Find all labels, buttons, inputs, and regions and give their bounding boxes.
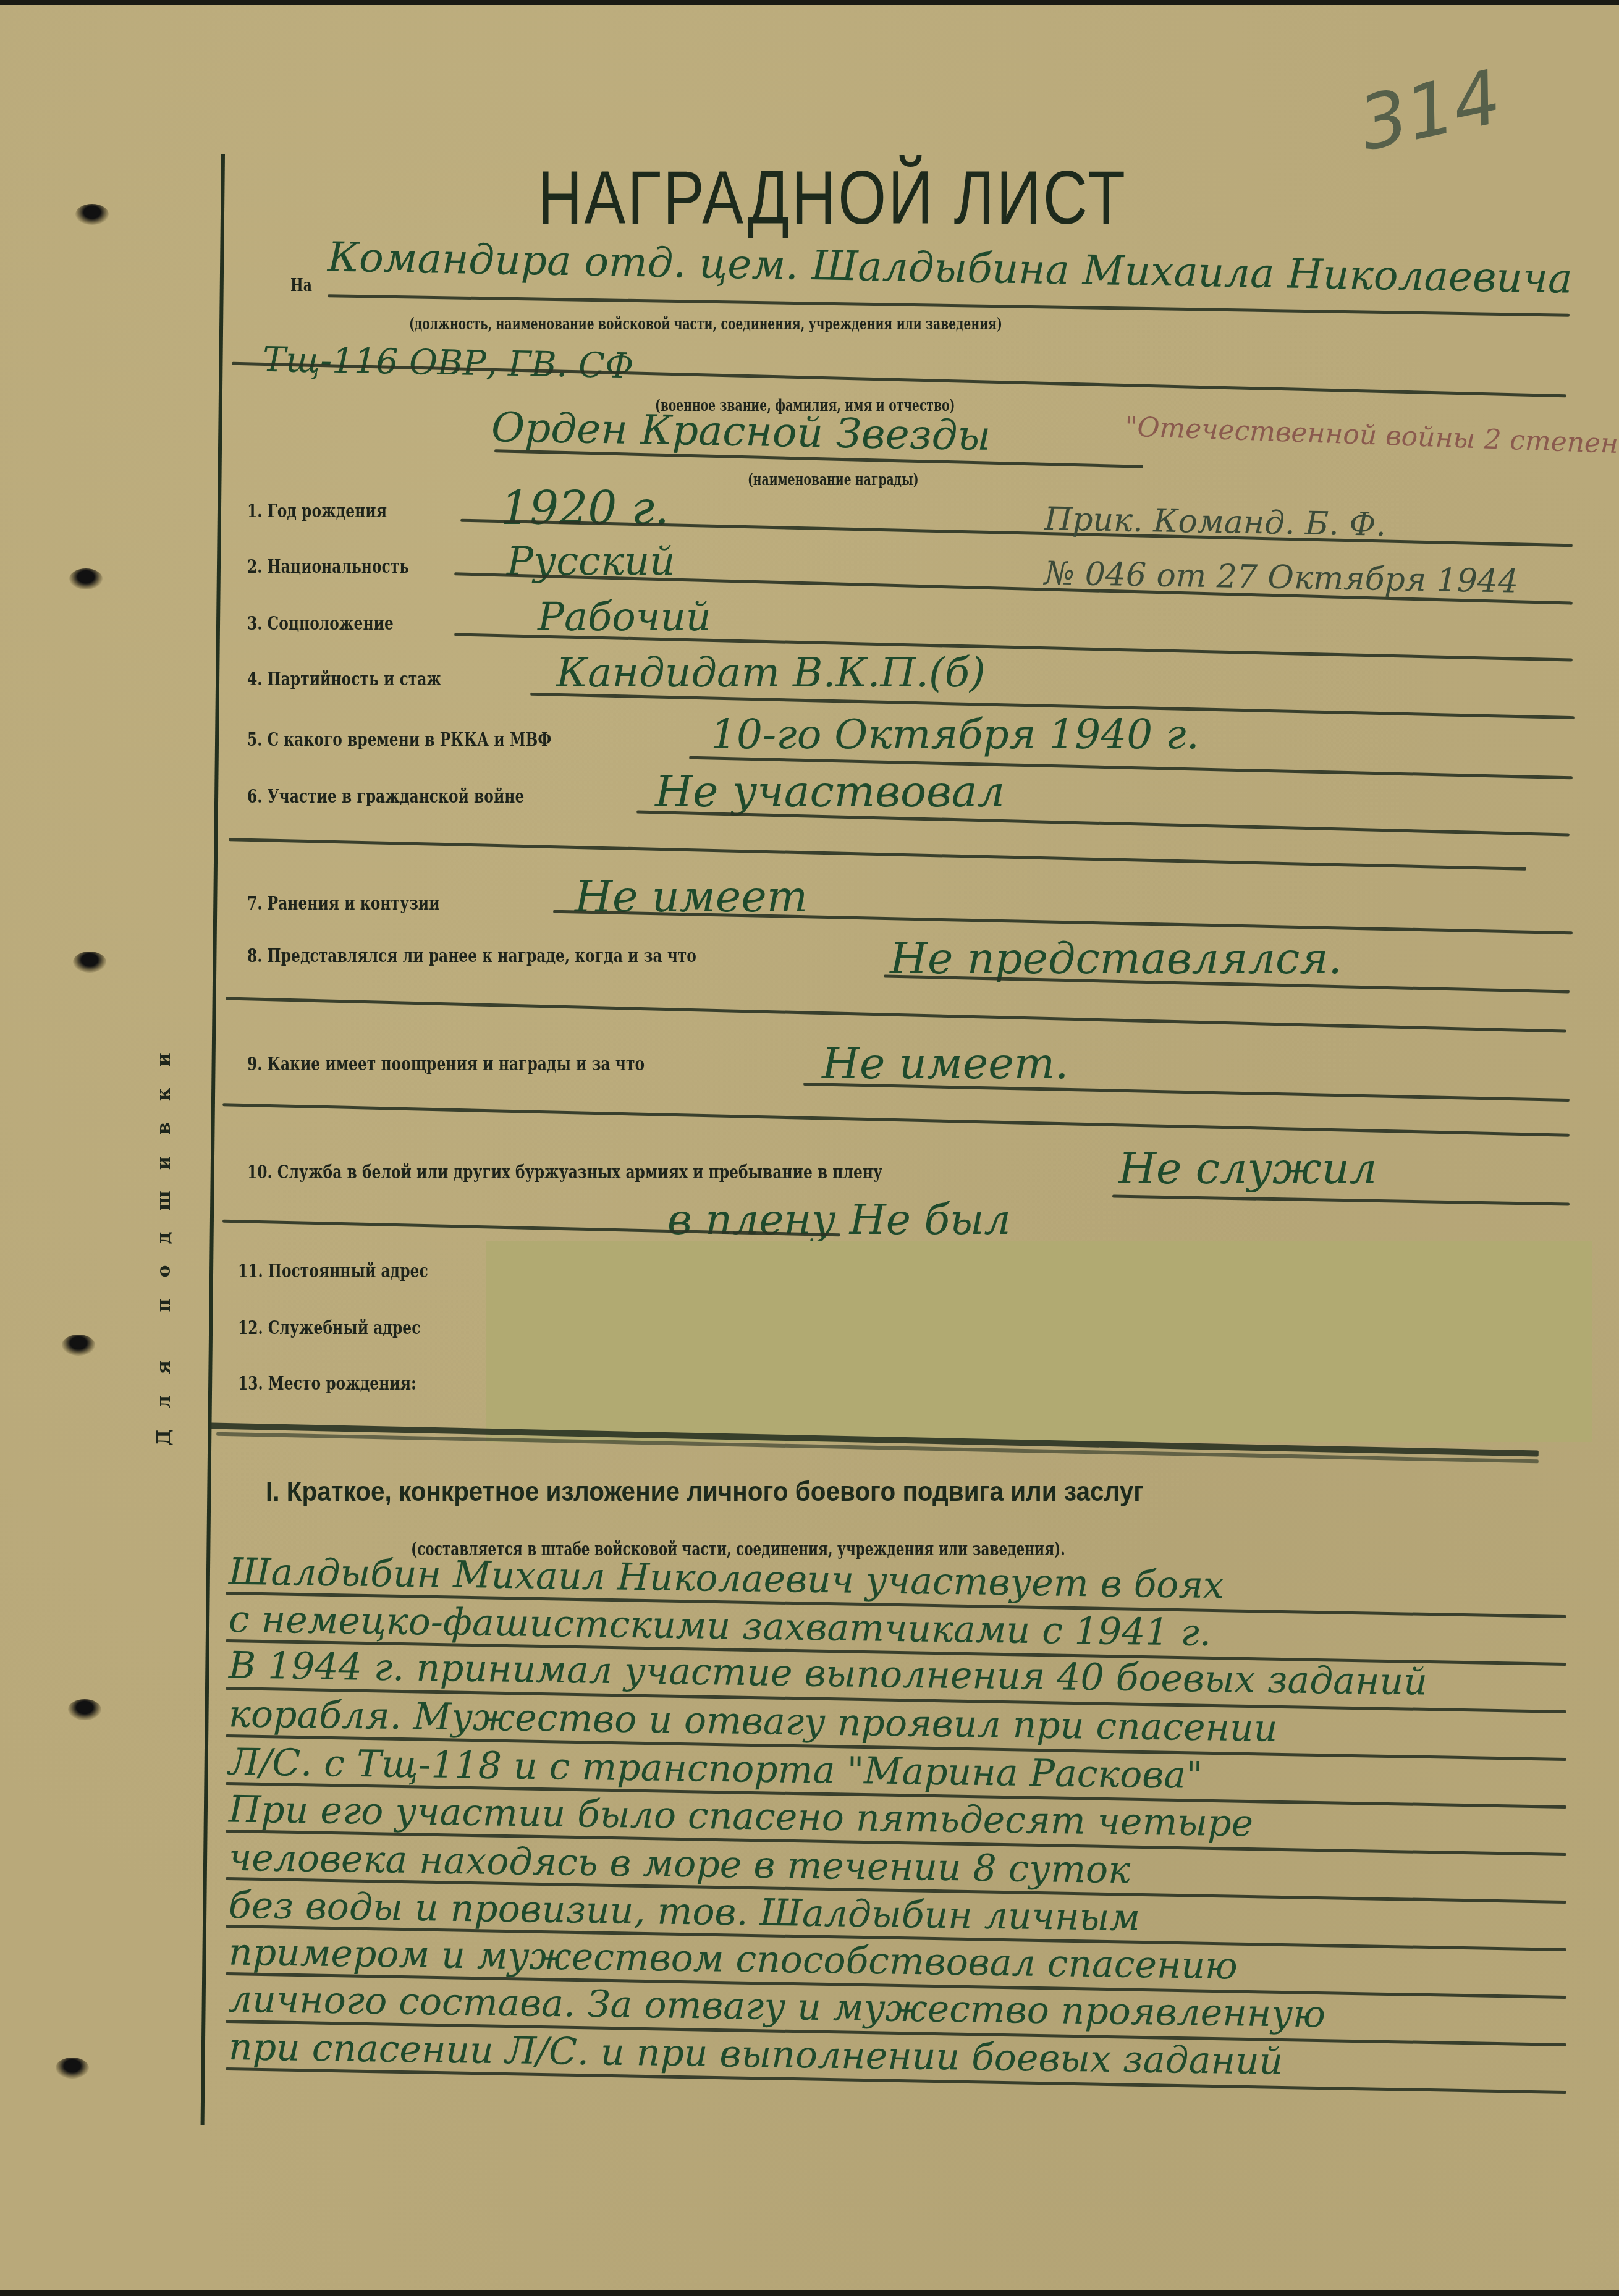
field-10-value-line2: в плену Не был	[667, 1196, 1011, 1244]
document-title: НАГРАДНОЙ ЛИСТ	[538, 154, 1127, 241]
binding-hole	[75, 204, 109, 225]
field-4-value: Кандидат В.К.П.(б)	[556, 649, 986, 696]
rule	[226, 997, 1566, 1032]
order-note-line2: № 046 от 27 Октября 1944	[1044, 555, 1519, 600]
narrative-line: корабля. Мужество и отвагу проявил при с…	[229, 1692, 1278, 1750]
field-11-label: 11. Постоянный адрес	[238, 1260, 428, 1282]
field-10-value: Не служил	[1118, 1143, 1377, 1194]
field-6-value: Не участвовал	[655, 766, 1005, 817]
binding-hole	[62, 1335, 95, 1356]
field-2-label: 2. Национальность	[247, 556, 409, 578]
binding-hole	[56, 2058, 89, 2079]
rank-value: Тщ-116 ОВР, ГВ. СФ	[262, 340, 634, 386]
field-5-label: 5. С какого времени в РККА и МВФ	[247, 729, 552, 751]
rule	[553, 910, 1573, 935]
field-10-label: 10. Служба в белой или других буржуазных…	[247, 1162, 882, 1183]
narrative-line: при спасении Л/С. и при выполнении боевы…	[229, 2025, 1283, 2083]
margin-rule	[201, 154, 225, 2125]
field-9-label: 9. Какие имеет поощрения и награды и за …	[247, 1053, 645, 1075]
section-title: I. Краткое, конкретное изложение личного…	[266, 1477, 1144, 1508]
page-top-edge	[0, 0, 1619, 5]
award-correction: "Отечественной войны 2 степени"	[1124, 411, 1619, 461]
binding-hole	[68, 1699, 101, 1720]
position-caption: (должность, наименование войсковой части…	[409, 315, 1002, 334]
position-value: Командира отд. цем. Шалдыбина Михаила Ни…	[327, 233, 1573, 302]
archive-page-number: 314	[1352, 54, 1508, 168]
award-caption: (наименование награды)	[748, 471, 919, 489]
field-9-value: Не имеет.	[822, 1038, 1068, 1089]
na-label: На	[290, 275, 312, 295]
rule	[636, 811, 1570, 837]
field-3-value: Рабочий	[538, 594, 711, 640]
page-bottom-edge	[0, 2290, 1619, 2296]
field-8-label: 8. Представлялся ли ранее к награде, ког…	[247, 945, 696, 967]
rule	[229, 838, 1526, 871]
side-label: Для подшивки	[153, 1032, 175, 1446]
field-5-value: 10-го Октября 1940 г.	[711, 711, 1199, 758]
field-12-label: 12. Служебный адрес	[238, 1317, 420, 1339]
field-3-label: 3. Соцположение	[247, 613, 394, 635]
field-1-value: 1920 г.	[501, 482, 669, 535]
field-6-label: 6. Участие в гражданской войне	[247, 786, 524, 808]
redacted-address-block	[486, 1241, 1592, 1442]
binding-hole	[73, 952, 106, 973]
field-1-label: 1. Год рождения	[247, 500, 387, 522]
field-13-label: 13. Место рождения:	[238, 1373, 416, 1395]
narrative-line: Шалдыбин Михаил Николаевич участвует в б…	[229, 1550, 1225, 1607]
narrative-line: При его участии было спасено пятьдесят ч…	[229, 1787, 1254, 1845]
rule	[222, 1103, 1570, 1136]
field-7-label: 7. Ранения и контузии	[247, 893, 440, 914]
binding-hole	[69, 568, 103, 589]
order-note-line1: Прик. Команд. Б. Ф.	[1044, 500, 1387, 544]
field-4-label: 4. Партийность и стаж	[247, 669, 441, 690]
rule	[803, 1083, 1570, 1102]
rule	[1112, 1195, 1570, 1206]
